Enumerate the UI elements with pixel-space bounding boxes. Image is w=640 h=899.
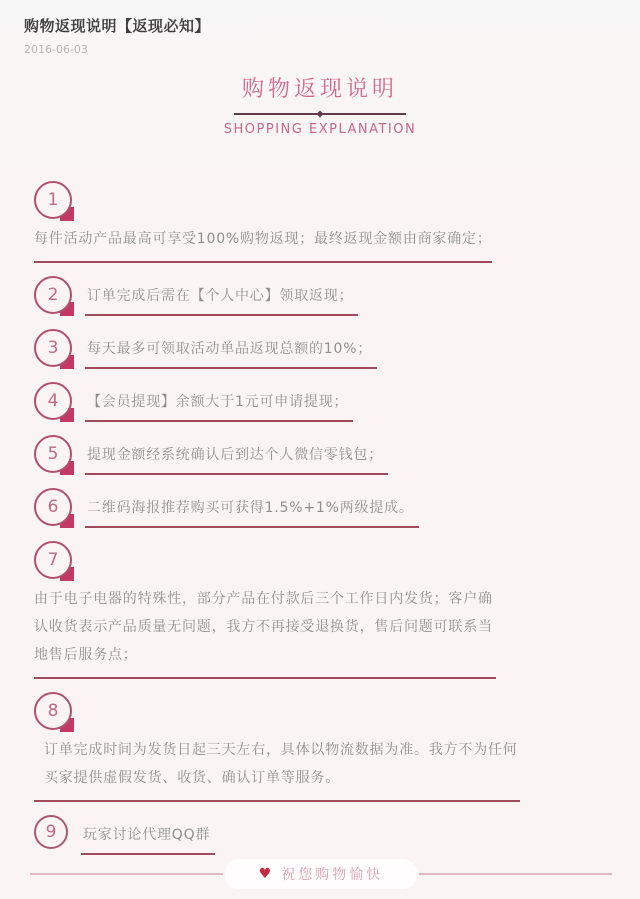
list-item: 2 订单完成后需在【个人中心】领取返现；	[34, 276, 640, 316]
item-text: 提现金额经系统确认后到达个人微信零钱包；	[87, 447, 383, 463]
item-number: 9	[46, 822, 57, 842]
list-item: 3 每天最多可领取活动单品返现总额的10%；	[34, 329, 640, 369]
number-circle: 6	[34, 488, 72, 526]
number-circle: 5	[34, 435, 72, 473]
number-badge: 7	[34, 541, 72, 579]
item-underlined-text: 每天最多可领取活动单品返现总额的10%；	[85, 329, 377, 369]
items-list: 1 每件活动产品最高可享受100%购物返现；最终返现金额由商家确定； 2 订单完…	[0, 181, 640, 855]
item-underlined-text: 玩家讨论代理QQ群	[81, 815, 215, 855]
banner-title: 购物返现说明	[0, 72, 640, 103]
number-circle: 8	[34, 692, 72, 730]
list-item: 6 二维码海报推荐购买可获得1.5%+1%两级提成。	[34, 488, 640, 528]
number-circle: 2	[34, 276, 72, 314]
item-underlined-text: 订单完成后需在【个人中心】领取返现；	[85, 276, 358, 316]
footer-text: 祝您购物愉快	[281, 864, 383, 884]
heart-icon: ♥	[259, 866, 272, 882]
item-text: 玩家讨论代理QQ群	[83, 827, 210, 843]
item-text: 【会员提现】余额大于1元可申请提现；	[87, 394, 348, 410]
item-number: 7	[48, 550, 59, 570]
footer-line-left	[30, 873, 223, 875]
footer-pill: ♥ 祝您购物愉快	[225, 859, 418, 889]
banner-divider	[234, 113, 406, 115]
item-text: 每件活动产品最高可享受100%购物返现；最终返现金额由商家确定；	[34, 225, 492, 263]
list-item: 7 由于电子电器的特殊性，部分产品在付款后三个工作日内发货；客户确认收货表示产品…	[34, 541, 640, 679]
article-page: 购物返现说明【返现必知】 2016-06-03 购物返现说明 SHOPPING …	[0, 0, 640, 899]
item-underlined-text: 【会员提现】余额大于1元可申请提现；	[85, 382, 353, 422]
item-text: 由于电子电器的特殊性，部分产品在付款后三个工作日内发货；客户确认收货表示产品质量…	[34, 585, 496, 679]
diamond-icon	[316, 110, 323, 117]
list-item: 1 每件活动产品最高可享受100%购物返现；最终返现金额由商家确定；	[34, 181, 640, 263]
list-item: 8 订单完成时间为发货日起三天左右，具体以物流数据为准。我方不为任何买家提供虚假…	[34, 692, 640, 802]
item-number: 4	[48, 391, 59, 411]
item-number: 8	[48, 701, 59, 721]
banner: 购物返现说明 SHOPPING EXPLANATION	[0, 72, 640, 137]
item-number: 3	[48, 338, 59, 358]
number-circle: 1	[34, 181, 72, 219]
article-header: 购物返现说明【返现必知】 2016-06-03	[0, 0, 640, 56]
item-text: 二维码海报推荐购买可获得1.5%+1%两级提成。	[87, 500, 414, 516]
item-text: 订单完成时间为发货日起三天左右，具体以物流数据为准。我方不为任何买家提供虚假发货…	[34, 736, 520, 802]
item-underlined-text: 提现金额经系统确认后到达个人微信零钱包；	[85, 435, 388, 475]
number-badge: 4	[34, 382, 72, 420]
number-circle: 7	[34, 541, 72, 579]
number-badge: 2	[34, 276, 72, 314]
item-number: 1	[48, 190, 59, 210]
number-badge: 5	[34, 435, 72, 473]
footer-line-right	[419, 873, 612, 875]
item-underlined-text: 二维码海报推荐购买可获得1.5%+1%两级提成。	[85, 488, 419, 528]
list-item: 9 玩家讨论代理QQ群	[34, 815, 640, 855]
number-badge: 9	[34, 815, 68, 849]
list-item: 5 提现金额经系统确认后到达个人微信零钱包；	[34, 435, 640, 475]
number-badge: 6	[34, 488, 72, 526]
item-number: 2	[48, 285, 59, 305]
article-date: 2016-06-03	[24, 43, 616, 56]
footer: ♥ 祝您购物愉快	[30, 859, 612, 889]
banner-subtitle: SHOPPING EXPLANATION	[0, 122, 640, 137]
item-text: 每天最多可领取活动单品返现总额的10%；	[87, 341, 372, 357]
item-number: 5	[48, 444, 59, 464]
item-number: 6	[48, 497, 59, 517]
number-badge: 1	[34, 181, 72, 219]
number-badge: 8	[34, 692, 72, 730]
article-title: 购物返现说明【返现必知】	[24, 15, 616, 36]
list-item: 4 【会员提现】余额大于1元可申请提现；	[34, 382, 640, 422]
number-badge: 3	[34, 329, 72, 367]
number-circle: 3	[34, 329, 72, 367]
item-text: 订单完成后需在【个人中心】领取返现；	[87, 288, 353, 304]
number-circle: 9	[34, 815, 68, 849]
number-circle: 4	[34, 382, 72, 420]
